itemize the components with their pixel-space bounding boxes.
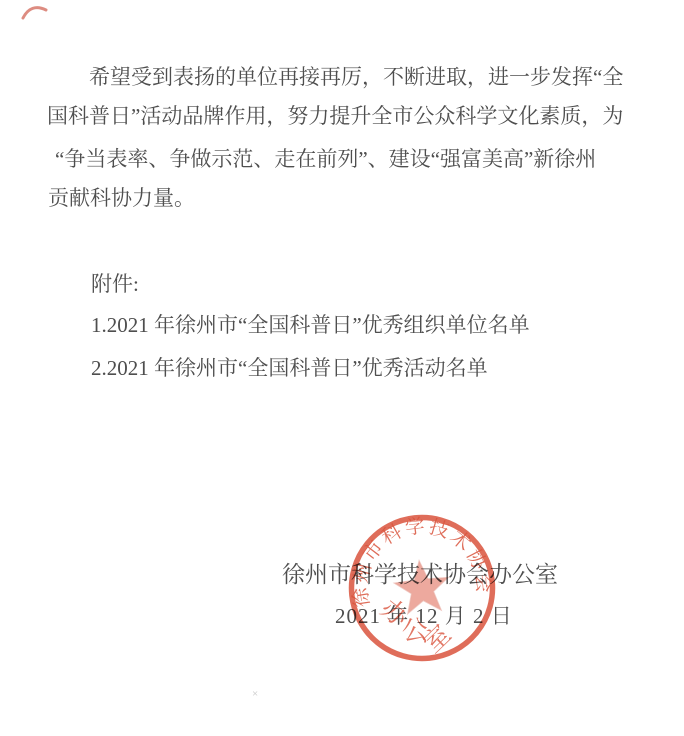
- red-pen-mark: [20, 2, 50, 26]
- attachments-label: 附件:: [91, 274, 139, 295]
- official-seal: 徐州市科学技术协会 办 公 室: [334, 500, 510, 676]
- attachment-item: 1.2021 年徐州市“全国科普日”优秀组织单位名单: [91, 315, 530, 336]
- paragraph-line: 贡献科协力量。: [48, 188, 195, 209]
- scan-speck: ×: [252, 689, 258, 700]
- paragraph-line: 国科普日”活动品牌作用，努力提升全市公众科学文化素质，为: [47, 106, 623, 127]
- scanned-document-page: 希望受到表扬的单位再接再厉，不断进取，进一步发挥“全 国科普日”活动品牌作用，努…: [0, 0, 684, 736]
- paragraph-line: 希望受到表扬的单位再接再厉，不断进取，进一步发挥“全: [89, 67, 623, 88]
- paragraph-line: “争当表率、争做示范、走在前列”、建设“强富美高”新徐州: [55, 149, 596, 170]
- attachment-item: 2.2021 年徐州市“全国科普日”优秀活动名单: [91, 358, 488, 379]
